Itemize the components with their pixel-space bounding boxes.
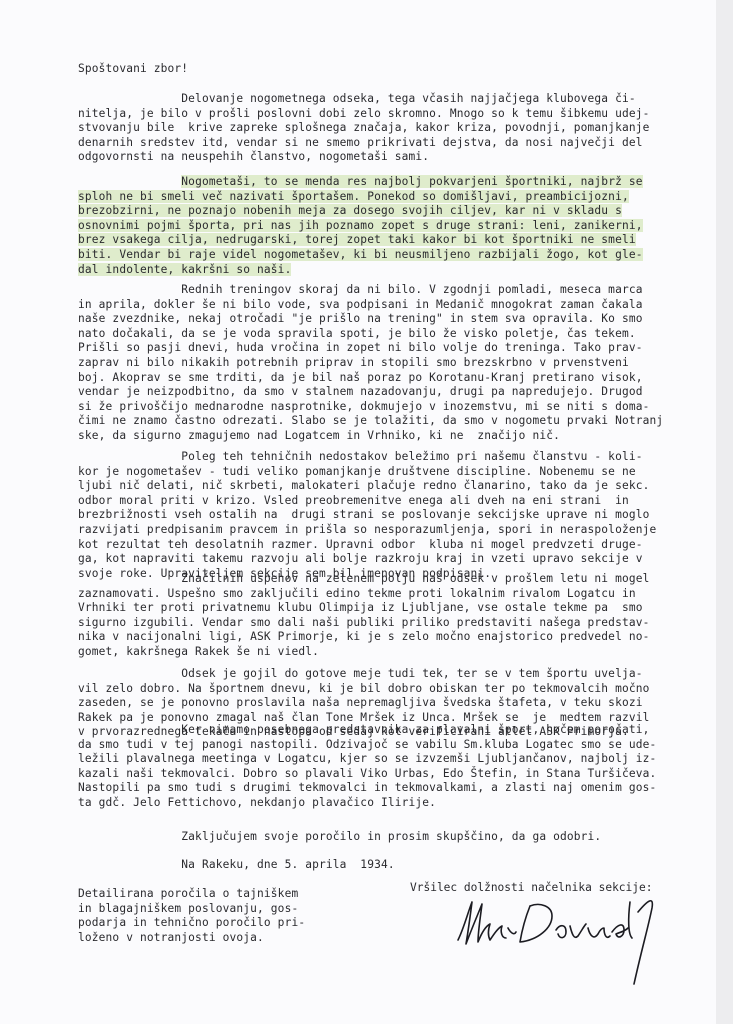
- text-line: boj. Akoprav se sme trditi, da je bil na…: [78, 371, 663, 386]
- text-line: nato dočakali, da se je voda spravila sp…: [78, 327, 663, 342]
- text-line: Detailirana poročila o tajniškem: [78, 887, 305, 902]
- paragraph-4: Poleg teh tehničnih nedostakov beležimo …: [78, 450, 656, 581]
- text-line: Značilnih uspehov na zelenem polju naš o…: [78, 572, 650, 587]
- text-line: vendar je neizpodbitno, da smo v stalnem…: [78, 385, 663, 400]
- text-line: Nogometaši, to se menda res najbolj pokv…: [78, 175, 643, 190]
- text-line: zaznamovati. Uspešno smo zaključili edin…: [78, 587, 650, 602]
- text-line: zaprav ni bilo nikakih potrebnih priprav…: [78, 356, 663, 371]
- paragraph-1: Delovanje nogometnega odseka, tega včasi…: [78, 92, 650, 165]
- text-line: podarja in tehnično poročilo pri-: [78, 916, 305, 931]
- text-line: osnovnimi pojmi športa, pri nas jih pozn…: [78, 219, 643, 234]
- text-line: ga, kot napraviti takemu razvoju ali bol…: [78, 552, 656, 567]
- text-line: zaseden, se je ponovno proslavila naša n…: [78, 696, 650, 711]
- text-line: čimi ne znamo častno odrezati. Slabo se …: [78, 414, 663, 429]
- place-date: Na Rakeku, dne 5. aprila 1934.: [78, 858, 395, 873]
- salutation: Spoštovani zbor!: [78, 62, 188, 77]
- text-line: gomet, kakršnega Rakek še ni viedl.: [78, 645, 650, 660]
- paragraph-2-highlighted: Nogometaši, to se menda res najbolj pokv…: [78, 175, 643, 277]
- page-edge: [716, 0, 733, 1024]
- text-line: stvovanju bile krive zapreke splošnega z…: [78, 121, 650, 136]
- text-line: kor je nogometašev - tudi veliko pomanjk…: [78, 465, 656, 480]
- text-line: loženo v notranjosti ovoja.: [78, 931, 305, 946]
- text-line: Prišli so pasji dnevi, huda vročina in z…: [78, 341, 663, 356]
- text-line: brez vsakega cilja, nedrugarski, torej z…: [78, 233, 643, 248]
- text-line: Poleg teh tehničnih nedostakov beležimo …: [78, 450, 656, 465]
- text-line: denarnih sredstev itd, vendar si ne smem…: [78, 136, 650, 151]
- text-line: Rednih treningov skoraj da ni bilo. V zg…: [78, 283, 663, 298]
- text-line: dal indolente, kakršni so naši.: [78, 263, 643, 278]
- text-line: brezbrižnosti vseh ostalih na drugi stra…: [78, 508, 656, 523]
- text-line: kot rezultat teh desolatnih razmer. Upra…: [78, 538, 656, 553]
- attachment-note: Detailirana poročila o tajniškemin blaga…: [78, 887, 305, 945]
- text-line: da smo tudi v tej panogi nastopili. Odzi…: [78, 738, 656, 753]
- text-line: ljubi nič delati, nič skrbeti, malokater…: [78, 479, 656, 494]
- text-line: nika v nacijonalni ligi, ASK Primorje, k…: [78, 630, 650, 645]
- text-line: vil zelo dobro. Na športnem dnevu, ki je…: [78, 682, 650, 697]
- text-line: ležili plavalnega meetinga v Logatcu, kj…: [78, 752, 656, 767]
- text-line: ta gdč. Jelo Fettichovo, nekdanjo plavač…: [78, 796, 656, 811]
- paragraph-5: Značilnih uspehov na zelenem polju naš o…: [78, 572, 650, 660]
- text-line: Ker nimamo posebnega predstavnika za pla…: [78, 723, 656, 738]
- text-line: brezobzirni, ne poznajo nobenih meja za …: [78, 204, 643, 219]
- text-line: in aprila, dokler še ni bilo vode, sva p…: [78, 298, 663, 313]
- text-line: Odsek je gojil do gotove meje tudi tek, …: [78, 667, 650, 682]
- closing-line: Zaključujem svoje poročilo in prosim sku…: [78, 830, 601, 845]
- text-line: odgovornsti na neuspehih članstvo, nogom…: [78, 150, 650, 165]
- text-line: Delovanje nogometnega odseka, tega včasi…: [78, 92, 650, 107]
- paragraph-7: Ker nimamo posebnega predstavnika za pla…: [78, 723, 656, 811]
- text-line: Nastopili pa smo tudi s drugimi tekmoval…: [78, 781, 656, 796]
- text-line: razvijati predpisanim pravcem in prišla …: [78, 523, 656, 538]
- text-line: sigurno izgubili. Vendar smo dali naši p…: [78, 616, 650, 631]
- text-line: kazali naši tekmovalci. Dobro so plavali…: [78, 767, 656, 782]
- text-line: odbor moral priti v krizo. Vsled preobre…: [78, 494, 656, 509]
- text-line: si že privoščijo mednarodne nasprotnike,…: [78, 400, 663, 415]
- text-line: sploh ne bi smeli več nazivati športašem…: [78, 190, 643, 205]
- paragraph-3: Rednih treningov skoraj da ni bilo. V zg…: [78, 283, 663, 444]
- text-line: nitelja, je bilo v prošli poslovni dobi …: [78, 107, 650, 122]
- text-line: biti. Vendar bi raje videl nogometašev, …: [78, 248, 643, 263]
- text-line: Vrhniki ter proti privatnemu klubu Olimp…: [78, 601, 650, 616]
- text-line: ske, da sigurno zmagujemo nad Logatcem i…: [78, 429, 663, 444]
- handwritten-signature: [448, 888, 668, 988]
- text-line: in blagajniškem poslovanju, gos-: [78, 902, 305, 917]
- text-line: naše zvezdnike, nekaj otročadi "je prišl…: [78, 312, 663, 327]
